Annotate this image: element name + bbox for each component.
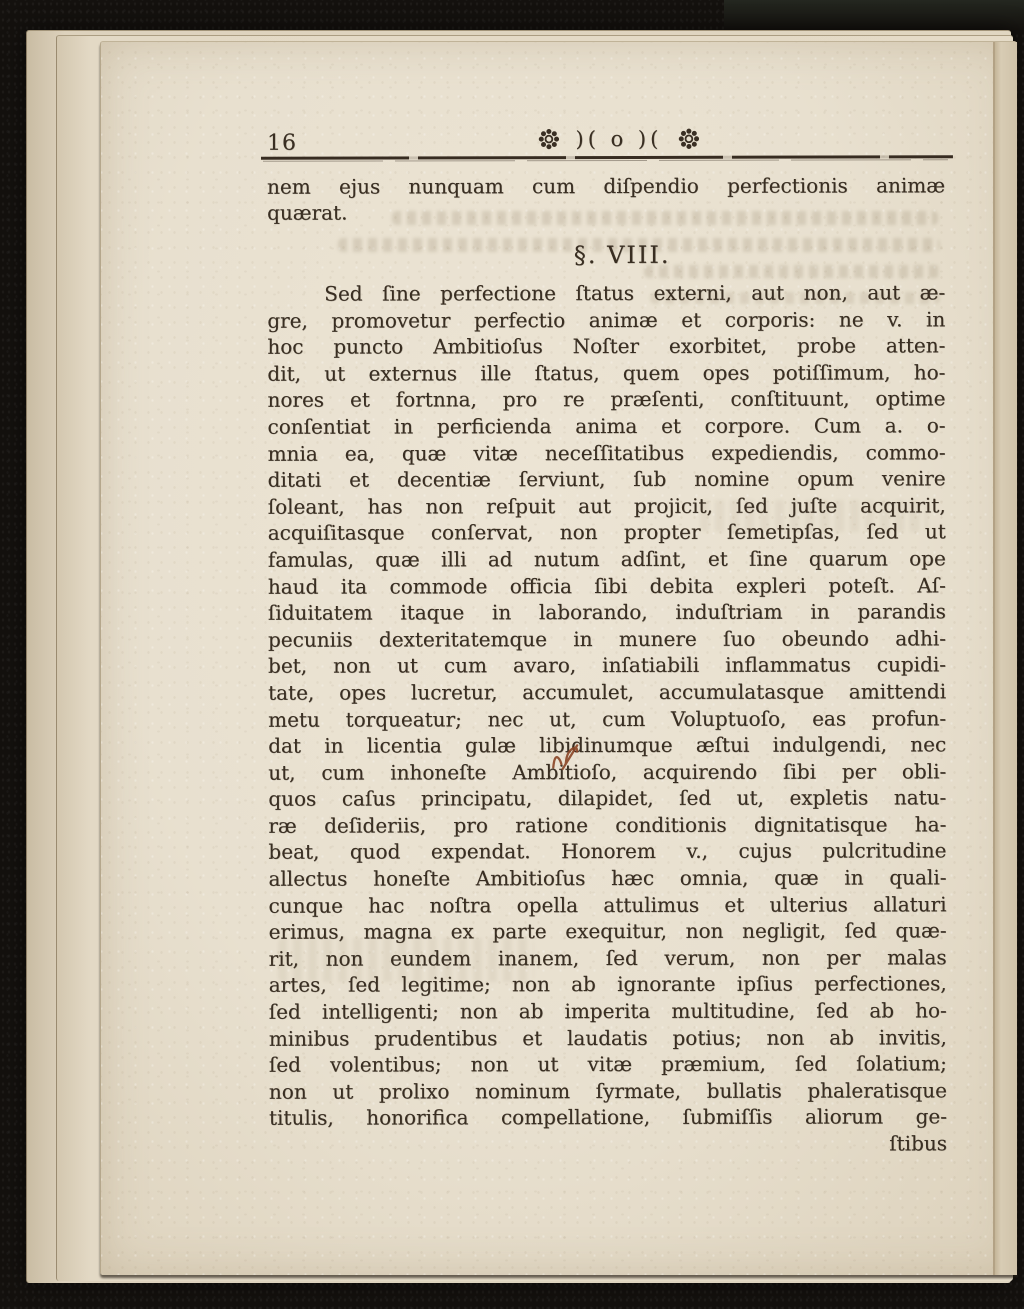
body-text-line: minibus prudentibus et laudatis potius; … <box>269 1024 947 1052</box>
body-text-line: allectus honeſte Ambitioſus hæc omnia, q… <box>268 864 946 892</box>
body-text-line: ſoleant, has non reſpuit aut projicit, ſ… <box>268 492 946 520</box>
carryover-text-line: quærat. <box>267 199 945 224</box>
header-rule <box>261 155 953 159</box>
body-text-line: pecuniis dexteritatemque in munere ſuo o… <box>268 625 946 653</box>
page-number: 16 <box>267 131 297 156</box>
body-text-line: mnia ea, quæ vitæ neceſſitatibus expedie… <box>268 439 946 467</box>
body-text-line: tate, opes lucretur, accumulet, accumula… <box>268 678 946 706</box>
body-text-line: quos caſus principatu, dilapidet, ſed ut… <box>268 785 946 813</box>
catchword: ſtibus <box>269 1130 947 1158</box>
body-text-line: hoc puncto Ambitioſus Noſter exorbitet, … <box>267 332 945 360</box>
body-text-line: metu torqueatur; nec ut, cum Voluptuoſo,… <box>268 705 946 733</box>
body-paragraph: Sed ſine perfectione ſtatus externi, aut… <box>267 279 947 1158</box>
carryover-text-line: nem ejus nunquam cum diſpendio perfectio… <box>267 173 945 198</box>
body-text-line: gre, promovetur perfectio animæ et corpo… <box>267 306 945 334</box>
body-text-line: ræ deſideriis, pro ratione conditionis d… <box>268 811 946 839</box>
body-text-line: non ut prolixo nominum ſyrmate, bullatis… <box>269 1077 947 1105</box>
rosette-icon <box>677 127 701 151</box>
body-text-line: erimus, magna ex parte exequitur, non ne… <box>269 918 947 946</box>
body-text-line: bet, non ut cum avaro, inſatiabili infla… <box>268 652 946 680</box>
body-text-line: Sed ſine perfectione ſtatus externi, aut… <box>267 279 945 307</box>
body-text-line: titulis, honorifica compellatione, ſubmi… <box>269 1104 947 1132</box>
body-text-line: dit, ut externus ille ſtatus, quem opes … <box>267 359 945 387</box>
page-fold-edge <box>993 42 1017 1275</box>
header-ornament: )( o )( <box>489 123 749 156</box>
page-content: 16 )( o )( <box>267 0 948 1309</box>
body-text-line: ſed volentibus; non ut vitæ præmium, ſed… <box>269 1051 947 1079</box>
body-text-line: nores et fortnna, pro re præſenti, conſt… <box>267 386 945 414</box>
body-text-line: famulas, quæ illi ad nutum adſint, et ſi… <box>268 545 946 573</box>
body-text-line: acquiſitasque conſervat, non propter ſem… <box>268 519 946 547</box>
section-heading: §. VIII. <box>267 240 945 269</box>
body-text-line: artes, ſed legitime; non ab ignorante ip… <box>269 971 947 999</box>
body-text-lines: Sed ſine perfectione ſtatus externi, aut… <box>267 279 947 1131</box>
book-page-scan: 16 )( o )( <box>0 0 1024 1309</box>
rosette-icon <box>537 127 561 151</box>
body-text-line: dat in licentia gulæ libidinumque æſtui … <box>268 731 946 759</box>
body-text-line: conſentiat in perficienda anima et corpo… <box>267 412 945 440</box>
body-text-line: beat, quod expendat. Honorem v., cujus p… <box>268 838 946 866</box>
body-text-line: cunque hac noſtra opella attulimus et ul… <box>268 891 946 919</box>
body-text-line: haud ita commode officia ſibi debita exp… <box>268 572 946 600</box>
body-text-line: rit, non eundem inanem, ſed verum, non p… <box>269 944 947 972</box>
body-text-line: ditati et decentiæ ſerviunt, ſub nomine … <box>268 465 946 493</box>
body-text-line: ut, cum inhoneſte Ambitioſo, acquirendo … <box>268 758 946 786</box>
body-text-line: ſiduitatem itaque in laborando, induſtri… <box>268 598 946 626</box>
body-text-line: ſed intelligenti; non ab imperita multit… <box>269 997 947 1025</box>
header-ornament-text: )( o )( <box>576 127 663 151</box>
